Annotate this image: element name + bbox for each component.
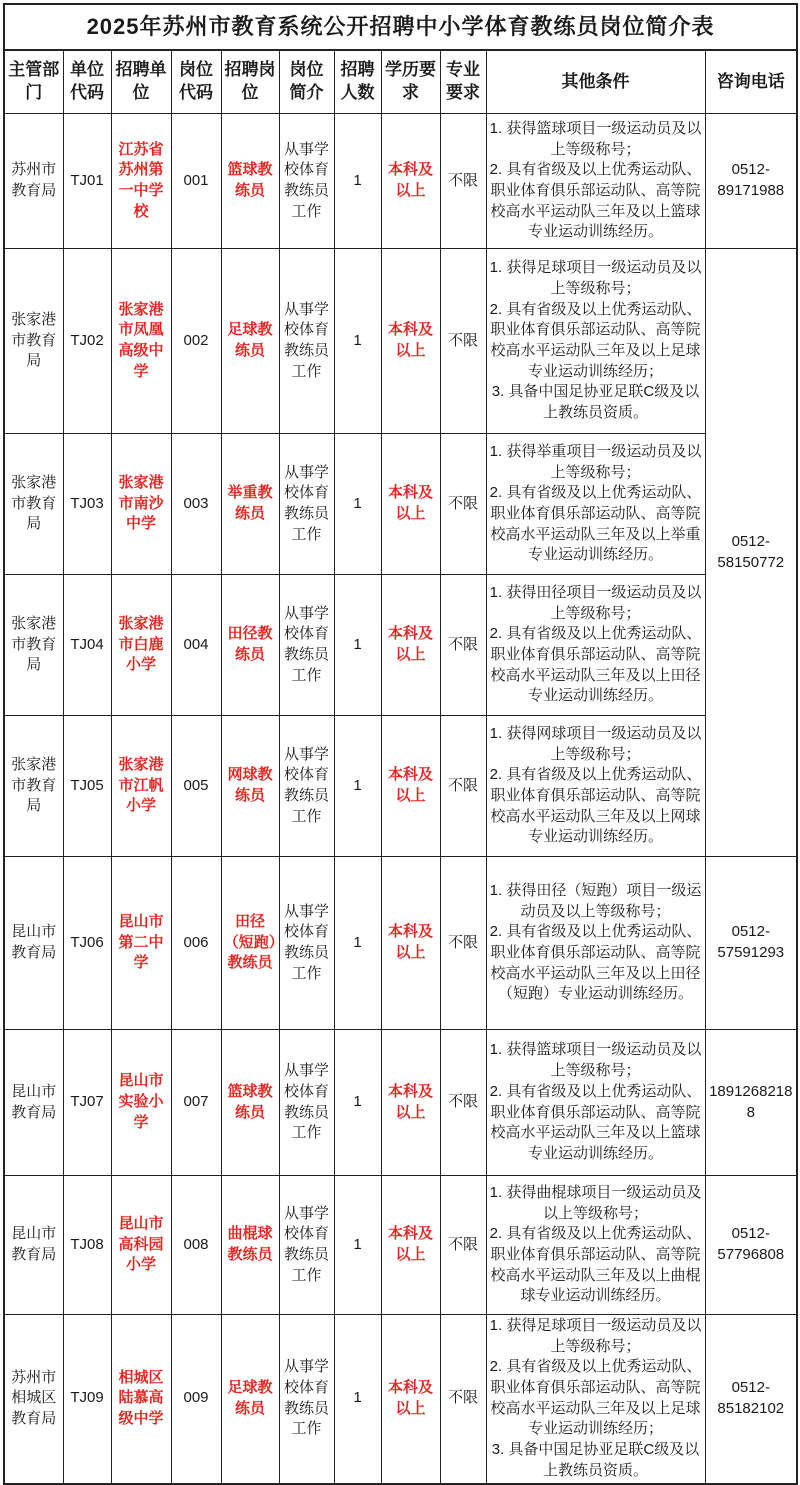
unit-code-cell: TJ03	[63, 434, 111, 575]
unit-name-cell: 张家港市白鹿小学	[111, 575, 171, 716]
headcount-cell: 1	[334, 1315, 381, 1484]
post-name-cell: 曲棍球教练员	[221, 1176, 279, 1315]
post-desc-cell: 从事学校体育教练员工作	[279, 114, 334, 249]
post-code-cell: 004	[171, 575, 221, 716]
post-desc-cell: 从事学校体育教练员工作	[279, 575, 334, 716]
col-header-post-name: 招聘岗位	[221, 50, 279, 114]
major-cell: 不限	[440, 1030, 486, 1176]
table-row: 昆山市教育局 TJ07 昆山市实验小学 007 篮球教练员 从事学校体育教练员工…	[4, 1030, 797, 1176]
department-cell: 昆山市教育局	[4, 857, 63, 1030]
conditions-cell: 1. 获得网球项目一级运动员及以上等级称号； 2. 具有省级及以上优秀运动队、职…	[486, 716, 705, 857]
unit-name-cell: 昆山市实验小学	[111, 1030, 171, 1176]
table-row: 张家港市教育局 TJ04 张家港市白鹿小学 004 田径教练员 从事学校体育教练…	[4, 575, 797, 716]
table-row: 张家港市教育局 TJ02 张家港市凤凰高级中学 002 足球教练员 从事学校体育…	[4, 249, 797, 434]
post-desc-cell: 从事学校体育教练员工作	[279, 1315, 334, 1484]
education-cell: 本科及以上	[381, 249, 440, 434]
unit-name-cell: 张家港市江帆小学	[111, 716, 171, 857]
conditions-cell: 1. 获得田径（短跑）项目一级运动员及以上等级称号； 2. 具有省级及以上优秀运…	[486, 857, 705, 1030]
phone-cell: 0512-57796808	[705, 1176, 797, 1315]
post-code-cell: 007	[171, 1030, 221, 1176]
conditions-cell: 1. 获得篮球项目一级运动员及以上等级称号； 2. 具有省级及以上优秀运动队、职…	[486, 114, 705, 249]
table-row: 昆山市教育局 TJ06 昆山市第二中学 006 田径（短跑）教练员 从事学校体育…	[4, 857, 797, 1030]
department-cell: 张家港市教育局	[4, 716, 63, 857]
major-cell: 不限	[440, 114, 486, 249]
major-cell: 不限	[440, 249, 486, 434]
phone-cell: 0512-89171988	[705, 114, 797, 249]
post-code-cell: 008	[171, 1176, 221, 1315]
education-cell: 本科及以上	[381, 857, 440, 1030]
conditions-cell: 1. 获得举重项目一级运动员及以上等级称号； 2. 具有省级及以上优秀运动队、职…	[486, 434, 705, 575]
post-desc-cell: 从事学校体育教练员工作	[279, 1176, 334, 1315]
unit-name-cell: 江苏省苏州第一中学校	[111, 114, 171, 249]
unit-name-cell: 张家港市南沙中学	[111, 434, 171, 575]
post-code-cell: 005	[171, 716, 221, 857]
phone-cell: 0512-85182102	[705, 1315, 797, 1484]
post-code-cell: 002	[171, 249, 221, 434]
post-name-cell: 田径（短跑）教练员	[221, 857, 279, 1030]
headcount-cell: 1	[334, 716, 381, 857]
col-header-unit-name: 招聘单位	[111, 50, 171, 114]
headcount-cell: 1	[334, 249, 381, 434]
table-row: 苏州市教育局 TJ01 江苏省苏州第一中学校 001 篮球教练员 从事学校体育教…	[4, 114, 797, 249]
post-code-cell: 003	[171, 434, 221, 575]
post-code-cell: 006	[171, 857, 221, 1030]
page-title: 2025年苏州市教育系统公开招聘中小学体育教练员岗位简介表	[4, 4, 797, 50]
post-name-cell: 足球教练员	[221, 249, 279, 434]
unit-code-cell: TJ07	[63, 1030, 111, 1176]
headcount-cell: 1	[334, 575, 381, 716]
table-title-row: 2025年苏州市教育系统公开招聘中小学体育教练员岗位简介表	[4, 4, 797, 50]
post-name-cell: 田径教练员	[221, 575, 279, 716]
department-cell: 苏州市相城区教育局	[4, 1315, 63, 1484]
col-header-unit-code: 单位代码	[63, 50, 111, 114]
department-cell: 昆山市教育局	[4, 1030, 63, 1176]
phone-cell: 0512-57591293	[705, 857, 797, 1030]
conditions-cell: 1. 获得田径项目一级运动员及以上等级称号； 2. 具有省级及以上优秀运动队、职…	[486, 575, 705, 716]
unit-code-cell: TJ08	[63, 1176, 111, 1315]
major-cell: 不限	[440, 575, 486, 716]
unit-name-cell: 相城区陆慕高级中学	[111, 1315, 171, 1484]
unit-code-cell: TJ01	[63, 114, 111, 249]
headcount-cell: 1	[334, 1176, 381, 1315]
post-name-cell: 举重教练员	[221, 434, 279, 575]
post-desc-cell: 从事学校体育教练员工作	[279, 434, 334, 575]
major-cell: 不限	[440, 716, 486, 857]
col-header-conditions: 其他条件	[486, 50, 705, 114]
unit-code-cell: TJ02	[63, 249, 111, 434]
table-row: 昆山市教育局 TJ08 昆山市高科园小学 008 曲棍球教练员 从事学校体育教练…	[4, 1176, 797, 1315]
education-cell: 本科及以上	[381, 1030, 440, 1176]
col-header-education: 学历要求	[381, 50, 440, 114]
unit-name-cell: 张家港市凤凰高级中学	[111, 249, 171, 434]
unit-name-cell: 昆山市第二中学	[111, 857, 171, 1030]
table-row: 张家港市教育局 TJ05 张家港市江帆小学 005 网球教练员 从事学校体育教练…	[4, 716, 797, 857]
headcount-cell: 1	[334, 857, 381, 1030]
department-cell: 张家港市教育局	[4, 575, 63, 716]
col-header-department: 主管部门	[4, 50, 63, 114]
post-desc-cell: 从事学校体育教练员工作	[279, 1030, 334, 1176]
unit-code-cell: TJ06	[63, 857, 111, 1030]
table-header-row: 主管部门 单位代码 招聘单位 岗位代码 招聘岗位 岗位简介 招聘人数 学历要求 …	[4, 50, 797, 114]
education-cell: 本科及以上	[381, 114, 440, 249]
table-row: 苏州市相城区教育局 TJ09 相城区陆慕高级中学 009 足球教练员 从事学校体…	[4, 1315, 797, 1484]
major-cell: 不限	[440, 434, 486, 575]
table-row: 张家港市教育局 TJ03 张家港市南沙中学 003 举重教练员 从事学校体育教练…	[4, 434, 797, 575]
headcount-cell: 1	[334, 1030, 381, 1176]
headcount-cell: 1	[334, 434, 381, 575]
post-desc-cell: 从事学校体育教练员工作	[279, 249, 334, 434]
post-desc-cell: 从事学校体育教练员工作	[279, 857, 334, 1030]
col-header-post-desc: 岗位简介	[279, 50, 334, 114]
col-header-phone: 咨询电话	[705, 50, 797, 114]
post-name-cell: 篮球教练员	[221, 114, 279, 249]
education-cell: 本科及以上	[381, 716, 440, 857]
unit-code-cell: TJ09	[63, 1315, 111, 1484]
conditions-cell: 1. 获得曲棍球项目一级运动员及以上等级称号； 2. 具有省级及以上优秀运动队、…	[486, 1176, 705, 1315]
post-code-cell: 001	[171, 114, 221, 249]
conditions-cell: 1. 获得篮球项目一级运动员及以上等级称号； 2. 具有省级及以上优秀运动队、职…	[486, 1030, 705, 1176]
post-desc-cell: 从事学校体育教练员工作	[279, 716, 334, 857]
major-cell: 不限	[440, 1176, 486, 1315]
education-cell: 本科及以上	[381, 1315, 440, 1484]
education-cell: 本科及以上	[381, 575, 440, 716]
recruitment-table: 2025年苏州市教育系统公开招聘中小学体育教练员岗位简介表 主管部门 单位代码 …	[3, 3, 798, 1485]
post-name-cell: 足球教练员	[221, 1315, 279, 1484]
phone-cell-merged: 0512-58150772	[705, 249, 797, 857]
unit-code-cell: TJ04	[63, 575, 111, 716]
col-header-headcount: 招聘人数	[334, 50, 381, 114]
major-cell: 不限	[440, 1315, 486, 1484]
unit-name-cell: 昆山市高科园小学	[111, 1176, 171, 1315]
education-cell: 本科及以上	[381, 434, 440, 575]
department-cell: 张家港市教育局	[4, 249, 63, 434]
col-header-post-code: 岗位代码	[171, 50, 221, 114]
post-name-cell: 网球教练员	[221, 716, 279, 857]
department-cell: 张家港市教育局	[4, 434, 63, 575]
major-cell: 不限	[440, 857, 486, 1030]
department-cell: 苏州市教育局	[4, 114, 63, 249]
post-code-cell: 009	[171, 1315, 221, 1484]
headcount-cell: 1	[334, 114, 381, 249]
unit-code-cell: TJ05	[63, 716, 111, 857]
department-cell: 昆山市教育局	[4, 1176, 63, 1315]
col-header-major: 专业要求	[440, 50, 486, 114]
education-cell: 本科及以上	[381, 1176, 440, 1315]
phone-cell: 18912682188	[705, 1030, 797, 1176]
conditions-cell: 1. 获得足球项目一级运动员及以上等级称号； 2. 具有省级及以上优秀运动队、职…	[486, 249, 705, 434]
conditions-cell: 1. 获得足球项目一级运动员及以上等级称号； 2. 具有省级及以上优秀运动队、职…	[486, 1315, 705, 1484]
post-name-cell: 篮球教练员	[221, 1030, 279, 1176]
